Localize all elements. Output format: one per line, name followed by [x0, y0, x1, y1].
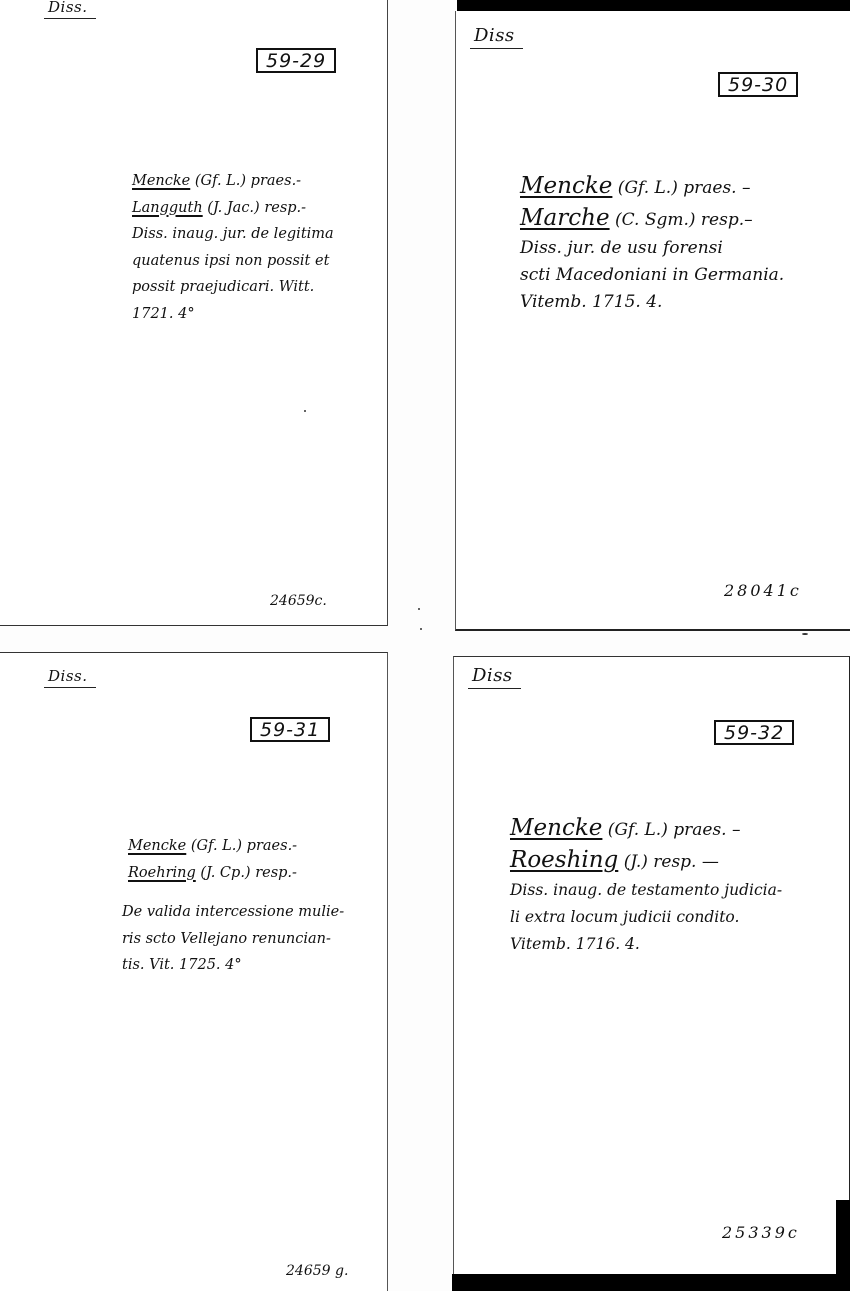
bibliographic-entry: Mencke (Gf. L.) praes.- Langguth (J. Jac…: [132, 168, 334, 327]
scan-speck: [304, 410, 306, 412]
accession-number: 24659 g.: [286, 1263, 348, 1279]
catalog-card-59-29: Diss. 59-29 Mencke (Gf. L.) praes.- Lang…: [0, 0, 388, 626]
scan-edge-bottom: [452, 1274, 850, 1291]
entry-line: Vitemb. 1716. 4.: [510, 931, 782, 958]
entry-line-rest: (Gf. L.) praes.-: [190, 173, 301, 189]
entry-line: scti Macedoniani in Germania.: [520, 262, 784, 289]
shelf-mark: 59-29: [256, 48, 336, 73]
entry-line-rest: (Gf. L.) praes.-: [186, 838, 297, 854]
author-name: Mencke: [132, 173, 190, 189]
entry-line: possit praejudicari. Witt.: [132, 274, 334, 301]
category-label: Diss: [470, 25, 523, 49]
bibliographic-entry: Mencke (Gf. L.) praes.- Roehring (J. Cp.…: [128, 833, 297, 886]
entry-line: 1721. 4°: [132, 301, 334, 328]
author-name: Mencke: [510, 815, 602, 841]
entry-line-rest: (Gf. L.) praes. –: [612, 178, 750, 198]
entry-line-praeses: Mencke (Gf. L.) praes.-: [128, 833, 297, 860]
entry-line-respondent: Marche (C. Sgm.) resp.–: [520, 203, 784, 235]
entry-line: ris scto Vellejano renuncian-: [122, 926, 344, 953]
category-label: Diss.: [44, 667, 96, 688]
catalog-card-59-30: Diss 59-30 Mencke (Gf. L.) praes. – Marc…: [455, 11, 850, 631]
entry-line-rest: (J. Jac.) resp.-: [203, 200, 306, 216]
accession-number: 28041c: [724, 581, 802, 600]
category-label: Diss: [468, 665, 521, 689]
bibliographic-entry-title: De valida intercessione mulie- ris scto …: [122, 899, 344, 979]
entry-line-rest: (J.) resp. —: [618, 852, 719, 872]
entry-line: Diss. jur. de usu forensi: [520, 235, 784, 262]
entry-line: quatenus ipsi non possit et: [132, 248, 334, 275]
entry-line-praeses: Mencke (Gf. L.) praes. –: [520, 171, 784, 203]
entry-line-respondent: Langguth (J. Jac.) resp.-: [132, 195, 334, 222]
scan-edge-top: [457, 0, 850, 11]
scanned-page: Diss. 59-29 Mencke (Gf. L.) praes.- Lang…: [0, 0, 850, 1291]
entry-line-rest: (J. Cp.) resp.-: [196, 865, 297, 881]
scan-speck: [802, 633, 808, 635]
respondent-name: Marche: [520, 205, 610, 231]
entry-line-respondent: Roeshing (J.) resp. —: [510, 845, 782, 877]
category-label: Diss.: [44, 0, 96, 19]
scan-speck: [418, 608, 420, 610]
catalog-card-59-32: Diss 59-32 Mencke (Gf. L.) praes. – Roes…: [453, 656, 850, 1275]
entry-line: De valida intercessione mulie-: [122, 899, 344, 926]
shelf-mark: 59-30: [718, 72, 798, 97]
entry-line: tis. Vit. 1725. 4°: [122, 952, 344, 979]
bibliographic-entry: Mencke (Gf. L.) praes. – Marche (C. Sgm.…: [520, 171, 784, 316]
entry-line-rest: (Gf. L.) praes. –: [602, 820, 740, 840]
entry-line-praeses: Mencke (Gf. L.) praes.-: [132, 168, 334, 195]
entry-line: Diss. inaug. de testamento judicia-: [510, 877, 782, 904]
bibliographic-entry: Mencke (Gf. L.) praes. – Roeshing (J.) r…: [510, 813, 782, 958]
scan-edge-corner: [836, 1200, 850, 1291]
entry-line-rest: (C. Sgm.) resp.–: [610, 210, 753, 230]
entry-line-respondent: Roehring (J. Cp.) resp.-: [128, 860, 297, 887]
author-name: Mencke: [520, 173, 612, 199]
accession-number: 24659c.: [270, 593, 327, 609]
entry-line: Diss. inaug. jur. de legitima: [132, 221, 334, 248]
shelf-mark: 59-31: [250, 717, 330, 742]
respondent-name: Roeshing: [510, 847, 618, 873]
author-name: Mencke: [128, 838, 186, 854]
entry-line-praeses: Mencke (Gf. L.) praes. –: [510, 813, 782, 845]
respondent-name: Langguth: [132, 200, 203, 216]
shelf-mark: 59-32: [714, 720, 794, 745]
scan-speck: [420, 628, 422, 630]
entry-line: li extra locum judicii condito.: [510, 904, 782, 931]
catalog-card-59-31: Diss. 59-31 Mencke (Gf. L.) praes.- Roeh…: [0, 652, 388, 1291]
respondent-name: Roehring: [128, 865, 196, 881]
accession-number: 25339c: [722, 1223, 800, 1242]
entry-line: Vitemb. 1715. 4.: [520, 289, 784, 316]
